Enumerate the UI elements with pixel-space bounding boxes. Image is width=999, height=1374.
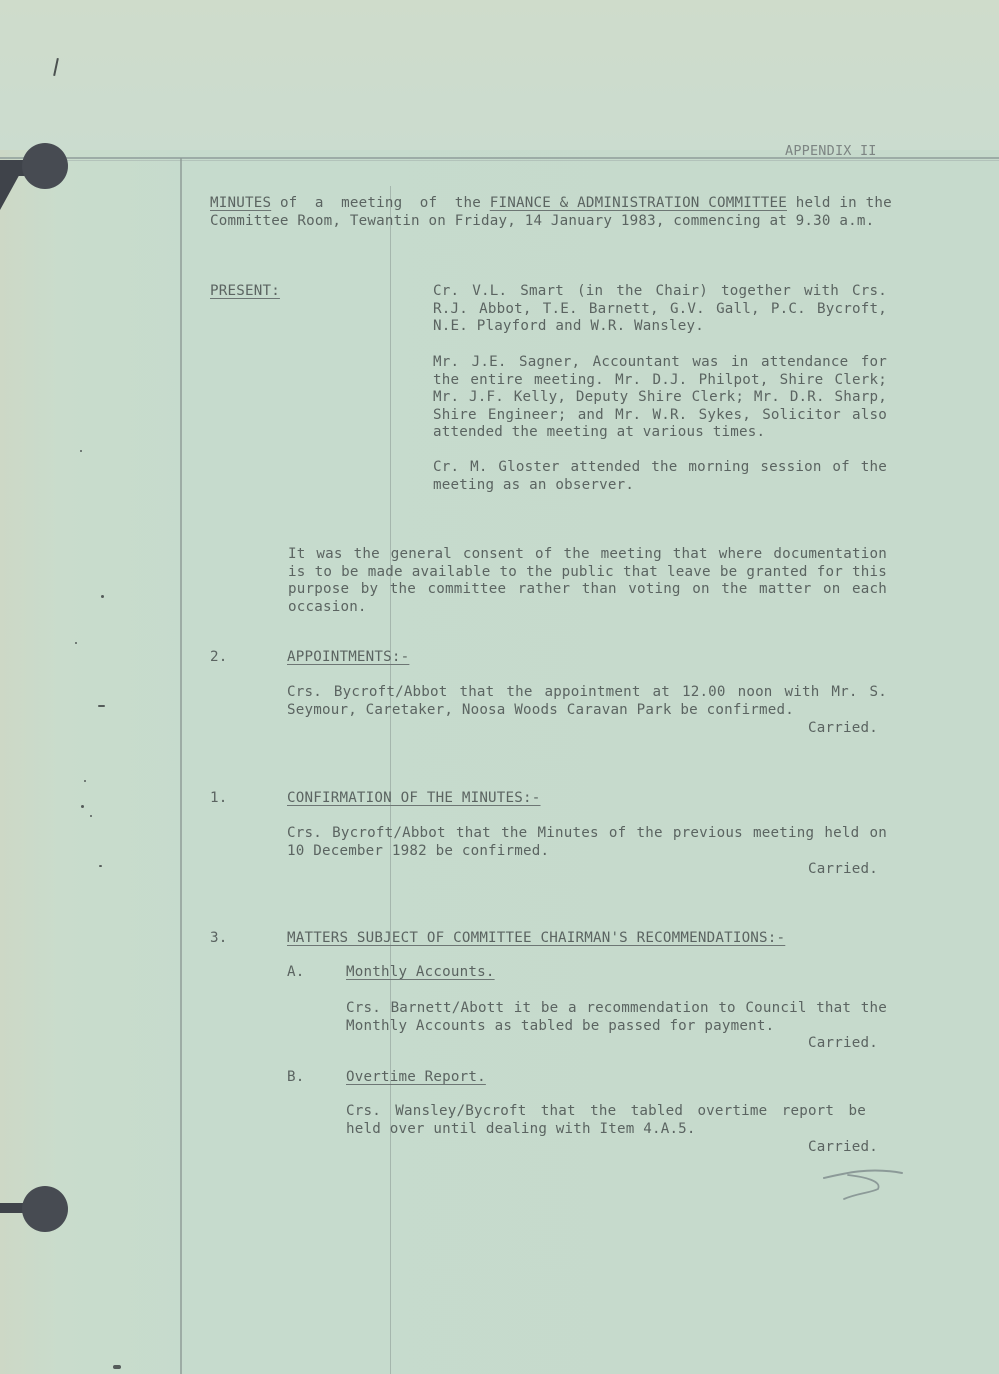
present-attendees: Cr. V.L. Smart (in the Chair) together w… [433, 283, 887, 336]
left-margin-rule [180, 158, 182, 1374]
subitem-body: Crs. Wansley/Bycroft that the tabled ove… [346, 1103, 866, 1138]
paper-speck [81, 805, 84, 808]
item-body: Crs. Bycroft/Abbot that the Minutes of t… [287, 825, 887, 860]
intro-text: of a meeting of the [271, 195, 490, 211]
paper-speck [99, 865, 102, 867]
paper-speck [75, 642, 77, 644]
subitem-result: Carried. [808, 1139, 878, 1157]
paper-speck [101, 595, 104, 598]
item-heading-recommendations: MATTERS SUBJECT OF COMMITTEE CHAIRMAN'S … [287, 930, 785, 948]
item-result: Carried. [808, 720, 878, 738]
paper-speck [98, 705, 105, 707]
paper-speck [113, 1365, 121, 1369]
subitem-body: Crs. Barnett/Abott it be a recommendatio… [346, 1000, 887, 1035]
intro-line-2: Committee Room, Tewantin on Friday, 14 J… [210, 213, 874, 231]
consent-paragraph: It was the general consent of the meetin… [288, 546, 887, 616]
item-heading-appointments: APPOINTMENTS:- [287, 649, 409, 667]
center-fold-line [390, 186, 391, 1374]
subitem-heading-overtime-report: Overtime Report. [346, 1069, 486, 1087]
item-number: 3. [210, 930, 227, 948]
paper-top-band [0, 0, 999, 150]
subitem-result: Carried. [808, 1035, 878, 1053]
present-officers: Mr. J.E. Sagner, Accountant was in atten… [433, 354, 887, 442]
subitem-letter: A. [287, 964, 304, 982]
paper-speck [84, 780, 86, 782]
item-result: Carried. [808, 861, 878, 879]
item-number: 1. [210, 790, 227, 808]
punch-hole-top-icon [22, 143, 68, 189]
item-heading-confirmation: CONFIRMATION OF THE MINUTES:- [287, 790, 541, 808]
subitem-letter: B. [287, 1069, 304, 1087]
minutes-label: MINUTES [210, 195, 271, 211]
paper-speck [80, 450, 82, 452]
intro-line-1: MINUTES of a meeting of the FINANCE & AD… [210, 195, 892, 213]
punch-hole-bottom-icon [22, 1186, 68, 1232]
paper-speck [90, 815, 92, 817]
appendix-label: APPENDIX II [785, 143, 877, 161]
initials-signature-icon [820, 1163, 910, 1208]
subitem-heading-monthly-accounts: Monthly Accounts. [346, 964, 495, 982]
committee-name: FINANCE & ADMINISTRATION COMMITTEE [490, 195, 787, 211]
intro-text: held in the [787, 195, 892, 211]
item-body: Crs. Bycroft/Abbot that the appointment … [287, 684, 887, 719]
present-observer: Cr. M. Gloster attended the morning sess… [433, 459, 887, 494]
item-number: 2. [210, 649, 227, 667]
present-label: PRESENT: [210, 283, 280, 301]
binder-tab-top-shadow [0, 170, 22, 210]
